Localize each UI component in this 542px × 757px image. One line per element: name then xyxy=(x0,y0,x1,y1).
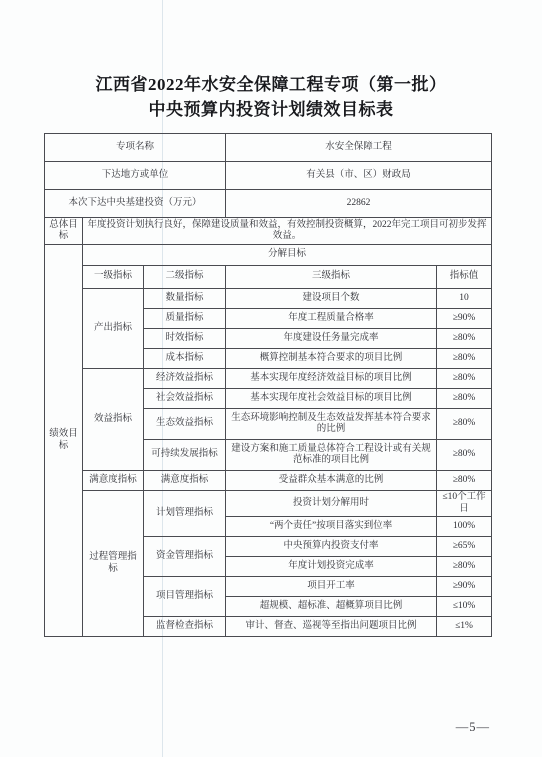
table-row: 专项名称 水安全保障工程 xyxy=(45,134,492,162)
level1-indicator: 产出指标 xyxy=(83,289,144,369)
level3-indicator: 基本实现年度社会效益目标的项目比例 xyxy=(226,389,437,409)
performance-goal-label: 绩效目标 xyxy=(45,245,83,637)
level1-indicator: 过程管理指标 xyxy=(83,491,144,637)
level1-indicator: 满意度指标 xyxy=(83,471,144,491)
indicator-value: ≥80% xyxy=(437,349,492,369)
level3-indicator: 年度工程质量合格率 xyxy=(226,309,437,329)
column-header-level1: 一级指标 xyxy=(83,266,144,289)
info-label: 下达地方或单位 xyxy=(45,162,226,190)
level3-indicator: 建设方案和施工质量总体符合工程设计或有关规范标准的项目比例 xyxy=(226,440,437,471)
indicator-value: ≥90% xyxy=(437,577,492,597)
info-label: 专项名称 xyxy=(45,134,226,162)
overall-goal-text: 年度投资计划执行良好，保障建设质量和效益，有效控制投资概算，2022年完工项目可… xyxy=(83,218,492,245)
document-title-line2: 中央预算内投资计划绩效目标表 xyxy=(0,97,542,122)
overall-goal-label: 总体目标 xyxy=(45,218,83,245)
table-row: 产出指标 数量指标 建设项目个数 10 xyxy=(45,289,492,309)
level3-indicator: “两个责任”按项目落实到位率 xyxy=(226,517,437,537)
breakdown-title: 分解目标 xyxy=(83,245,492,266)
level3-indicator: 中央预算内投资支付率 xyxy=(226,537,437,557)
indicator-value: 100% xyxy=(437,517,492,537)
level2-indicator: 质量指标 xyxy=(144,309,226,329)
level3-indicator: 基本实现年度经济效益目标的项目比例 xyxy=(226,369,437,389)
table-row: 效益指标 经济效益指标 基本实现年度经济效益目标的项目比例 ≥80% xyxy=(45,369,492,389)
indicator-value: ≤1% xyxy=(437,617,492,637)
level2-indicator: 可持续发展指标 xyxy=(144,440,226,471)
table-row: 满意度指标 满意度指标 受益群众基本满意的比例 ≥80% xyxy=(45,471,492,491)
level3-indicator: 建设项目个数 xyxy=(226,289,437,309)
level3-indicator: 投资计划分解用时 xyxy=(226,491,437,517)
level2-indicator: 社会效益指标 xyxy=(144,389,226,409)
indicator-value: 10 xyxy=(437,289,492,309)
level3-indicator: 年度计划投资完成率 xyxy=(226,557,437,577)
column-header-value: 指标值 xyxy=(437,266,492,289)
table-row: 总体目标 年度投资计划执行良好，保障建设质量和效益，有效控制投资概算，2022年… xyxy=(45,218,492,245)
indicator-value: ≥80% xyxy=(437,389,492,409)
level2-indicator: 经济效益指标 xyxy=(144,369,226,389)
column-header-level2: 二级指标 xyxy=(144,266,226,289)
info-label: 本次下达中央基建投资（万元） xyxy=(45,190,226,218)
info-value: 有关县（市、区）财政局 xyxy=(226,162,492,190)
level2-indicator: 资金管理指标 xyxy=(144,537,226,577)
table-row: 本次下达中央基建投资（万元） 22862 xyxy=(45,190,492,218)
level2-indicator: 项目管理指标 xyxy=(144,577,226,617)
document-title: 江西省2022年水安全保障工程专项（第一批） 中央预算内投资计划绩效目标表 xyxy=(0,72,542,122)
page-number: —5— xyxy=(456,720,490,735)
document-title-line1: 江西省2022年水安全保障工程专项（第一批） xyxy=(0,72,542,97)
level2-indicator: 数量指标 xyxy=(144,289,226,309)
indicator-value: ≥80% xyxy=(437,369,492,389)
level2-indicator: 成本指标 xyxy=(144,349,226,369)
level2-indicator: 时效指标 xyxy=(144,329,226,349)
table-header-row: 一级指标 二级指标 三级指标 指标值 xyxy=(45,266,492,289)
indicator-value: ≥90% xyxy=(437,309,492,329)
level3-indicator: 超规模、超标准、超概算项目比例 xyxy=(226,597,437,617)
indicator-value: ≥80% xyxy=(437,471,492,491)
info-value: 水安全保障工程 xyxy=(226,134,492,162)
level3-indicator: 年度建设任务量完成率 xyxy=(226,329,437,349)
level3-indicator: 生态环境影响控制及生态效益发挥基本符合要求的比例 xyxy=(226,409,437,440)
document-page: 江西省2022年水安全保障工程专项（第一批） 中央预算内投资计划绩效目标表 专项… xyxy=(0,0,542,757)
indicator-value: ≥80% xyxy=(437,440,492,471)
indicator-value: ≥80% xyxy=(437,329,492,349)
indicator-value: ≥80% xyxy=(437,557,492,577)
level1-indicator: 效益指标 xyxy=(83,369,144,471)
level2-indicator: 监督检查指标 xyxy=(144,617,226,637)
level2-indicator: 计划管理指标 xyxy=(144,491,226,537)
info-value: 22862 xyxy=(226,190,492,218)
level3-indicator: 概算控制基本符合要求的项目比例 xyxy=(226,349,437,369)
level3-indicator: 审计、督查、巡视等至指出问题项目比例 xyxy=(226,617,437,637)
indicator-value: ≥80% xyxy=(437,409,492,440)
indicator-value: ≥65% xyxy=(437,537,492,557)
indicator-value: ≤10% xyxy=(437,597,492,617)
level3-indicator: 项目开工率 xyxy=(226,577,437,597)
column-header-level3: 三级指标 xyxy=(226,266,437,289)
table-row: 绩效目标 分解目标 xyxy=(45,245,492,266)
performance-target-table: 专项名称 水安全保障工程 下达地方或单位 有关县（市、区）财政局 本次下达中央基… xyxy=(44,133,492,637)
table-row: 过程管理指标 计划管理指标 投资计划分解用时 ≤10个工作日 xyxy=(45,491,492,517)
level3-indicator: 受益群众基本满意的比例 xyxy=(226,471,437,491)
indicator-value: ≤10个工作日 xyxy=(437,491,492,517)
table-row: 下达地方或单位 有关县（市、区）财政局 xyxy=(45,162,492,190)
level2-indicator: 生态效益指标 xyxy=(144,409,226,440)
level2-indicator: 满意度指标 xyxy=(144,471,226,491)
